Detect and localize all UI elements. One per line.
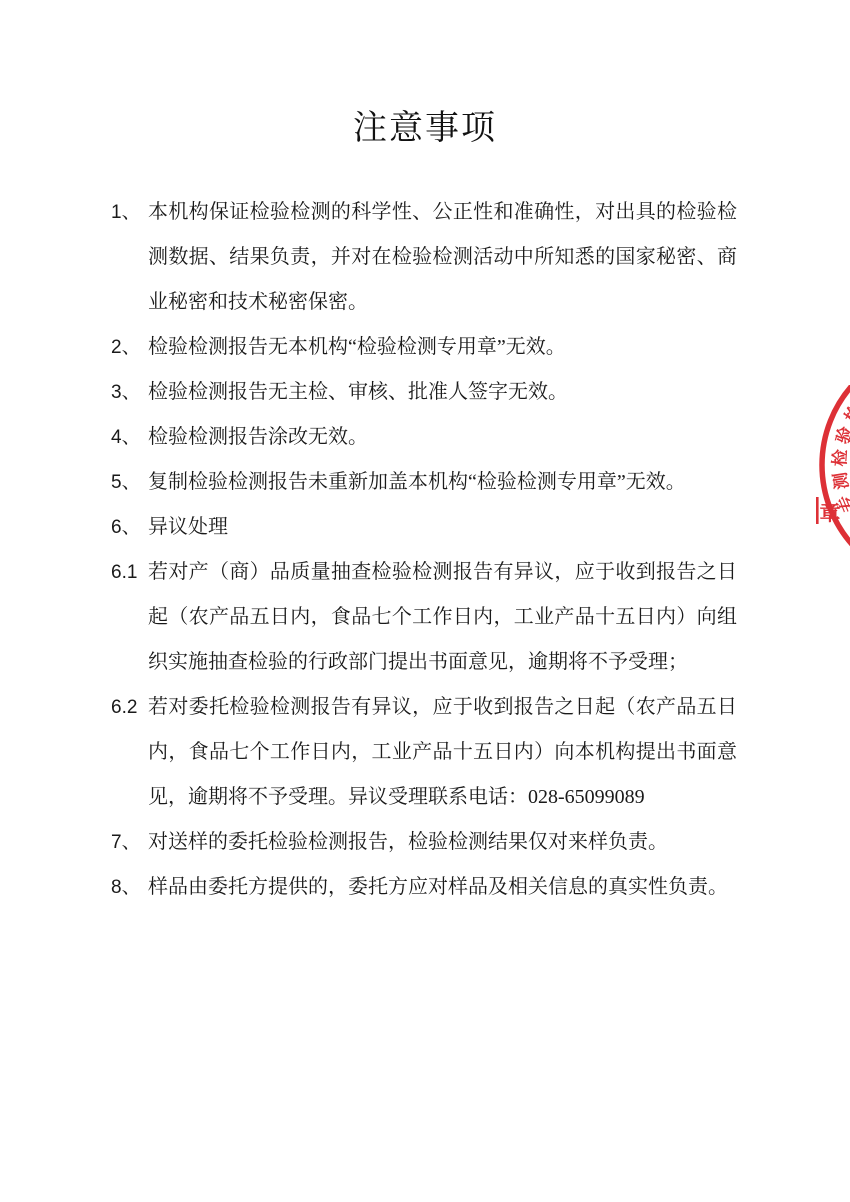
- item-number: 6、: [111, 505, 148, 550]
- item-number: 2、: [111, 325, 148, 370]
- item-text: 检验检测报告无主检、审核、批准人签字无效。: [148, 381, 568, 403]
- item-number: 8、: [111, 865, 148, 910]
- page-title: 注意事项: [0, 100, 850, 149]
- item-number: 1、: [111, 190, 148, 235]
- item-text: 检验检测报告无本机构“检验检测专用章”无效。: [148, 336, 566, 358]
- item-text: 本机构保证检验检测的科学性、公正性和准确性，对出具的检验检测数据、结果负责，并对…: [148, 201, 737, 313]
- notice-item-3: 3、检验检测报告无主检、审核、批准人签字无效。: [111, 370, 737, 415]
- item-number: 6.1: [111, 550, 148, 595]
- item-number: 4、: [111, 415, 148, 460]
- item-text: 检验检测报告涂改无效。: [148, 426, 368, 448]
- official-seal-icon: 检 验 检 测 专 章: [810, 385, 850, 555]
- notice-page: 注意事项 1、本机构保证检验检测的科学性、公正性和准确性，对出具的检验检测数据、…: [0, 0, 850, 1202]
- seal-arc-char: 验: [832, 424, 850, 446]
- item-number: 5、: [111, 460, 148, 505]
- item-text: 异议处理: [148, 516, 228, 538]
- notice-item-6-2: 6.2若对委托检验检测报告有异议，应于收到报告之日起（农产品五日内，食品七个工作…: [111, 685, 737, 820]
- notice-item-7: 7、对送样的委托检验检测报告，检验检测结果仅对来样负责。: [111, 820, 737, 865]
- notice-item-2: 2、检验检测报告无本机构“检验检测专用章”无效。: [111, 325, 737, 370]
- item-text: 对送样的委托检验检测报告，检验检测结果仅对来样负责。: [148, 831, 668, 853]
- item-number: 6.2: [111, 685, 148, 730]
- notice-item-1: 1、本机构保证检验检测的科学性、公正性和准确性，对出具的检验检测数据、结果负责，…: [111, 190, 737, 325]
- item-text: 样品由委托方提供的，委托方应对样品及相关信息的真实性负责。: [148, 876, 728, 898]
- seal-ring: [822, 385, 850, 555]
- notice-item-6-1: 6.1若对产（商）品质量抽查检验检测报告有异议，应于收到报告之日起（农产品五日内…: [111, 550, 737, 685]
- item-text: 复制检验检测报告未重新加盖本机构“检验检测专用章”无效。: [148, 471, 686, 493]
- seal-arc-char: 专: [834, 492, 850, 515]
- item-number: 3、: [111, 370, 148, 415]
- seal-arc-char: 检: [840, 401, 850, 427]
- seal-bottom-char: 章: [820, 501, 841, 525]
- notice-item-4: 4、检验检测报告涂改无效。: [111, 415, 737, 460]
- notice-item-5: 5、复制检验检测报告未重新加盖本机构“检验检测专用章”无效。: [111, 460, 737, 505]
- seal-arc-char: 检: [829, 448, 850, 467]
- notice-list: 1、本机构保证检验检测的科学性、公正性和准确性，对出具的检验检测数据、结果负责，…: [111, 190, 737, 910]
- item-number: 7、: [111, 820, 148, 865]
- seal-arc-char: 测: [830, 471, 850, 491]
- seal-clipped-stroke: [816, 497, 819, 524]
- item-text: 若对产（商）品质量抽查检验检测报告有异议，应于收到报告之日起（农产品五日内，食品…: [148, 561, 737, 673]
- notice-item-6: 6、异议处理: [111, 505, 737, 550]
- item-text: 若对委托检验检测报告有异议，应于收到报告之日起（农产品五日内，食品七个工作日内，…: [148, 696, 737, 808]
- notice-item-8: 8、样品由委托方提供的，委托方应对样品及相关信息的真实性负责。: [111, 865, 737, 910]
